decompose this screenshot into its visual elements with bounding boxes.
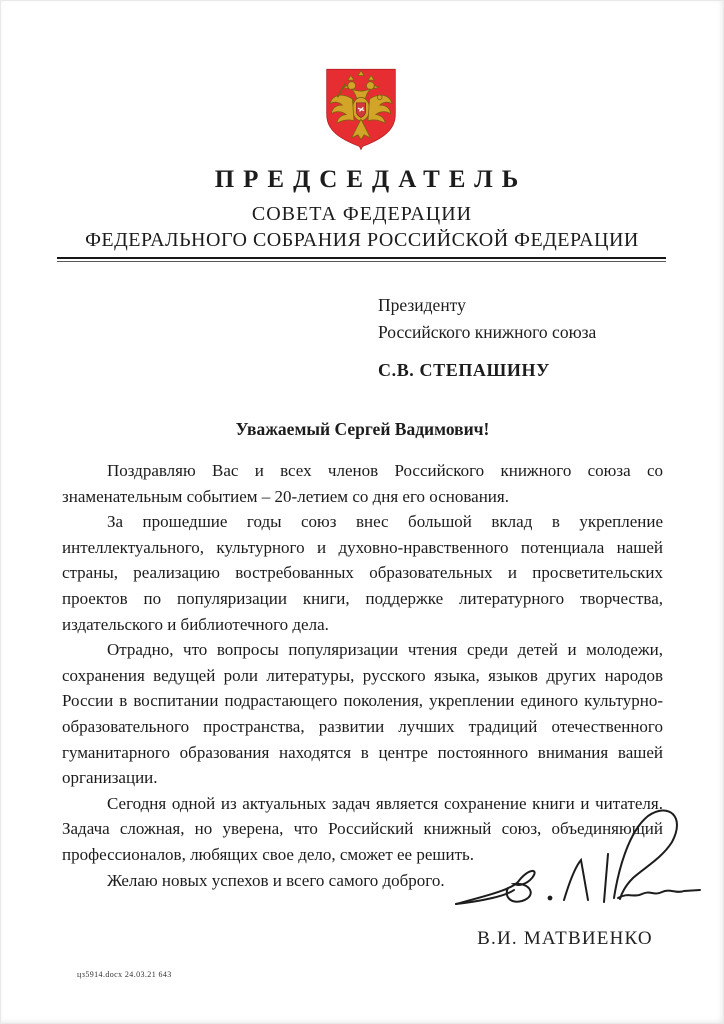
closing-name: В.И. МАТВИЕНКО <box>430 928 700 950</box>
paragraph: За прошедшие годы союз внес большой вкла… <box>62 509 663 637</box>
paragraph: Отрадно, что вопросы популяризации чтени… <box>62 637 663 791</box>
signature-svg <box>452 806 704 932</box>
letterhead-line3: ФЕДЕРАЛЬНОГО СОБРАНИЯ РОССИЙСКОЙ ФЕДЕРАЦ… <box>0 229 724 252</box>
recipient-line2: Российского книжного союза <box>378 319 596 346</box>
coat-of-arms-svg <box>322 66 400 152</box>
paragraph: Поздравляю Вас и всех членов Российского… <box>62 458 663 509</box>
letterhead-divider <box>57 257 666 262</box>
russia-coat-of-arms-icon <box>322 66 400 152</box>
recipient-name: С.В. СТЕПАШИНУ <box>378 360 550 381</box>
recipient-line1: Президенту <box>378 292 596 319</box>
letterhead-title: ПРЕДСЕДАТЕЛЬ <box>0 166 724 194</box>
salutation: Уважаемый Сергей Вадимович! <box>62 419 663 440</box>
letter-page: ПРЕДСЕДАТЕЛЬ СОВЕТА ФЕДЕРАЦИИ ФЕДЕРАЛЬНО… <box>0 0 724 1024</box>
document-footer-note: цз5914.docx 24.03.21 643 <box>77 970 172 979</box>
letterhead-line2: СОВЕТА ФЕДЕРАЦИИ <box>0 203 724 226</box>
recipient-block: Президенту Российского книжного союза <box>378 292 596 346</box>
signature-autograph-image <box>452 806 704 932</box>
